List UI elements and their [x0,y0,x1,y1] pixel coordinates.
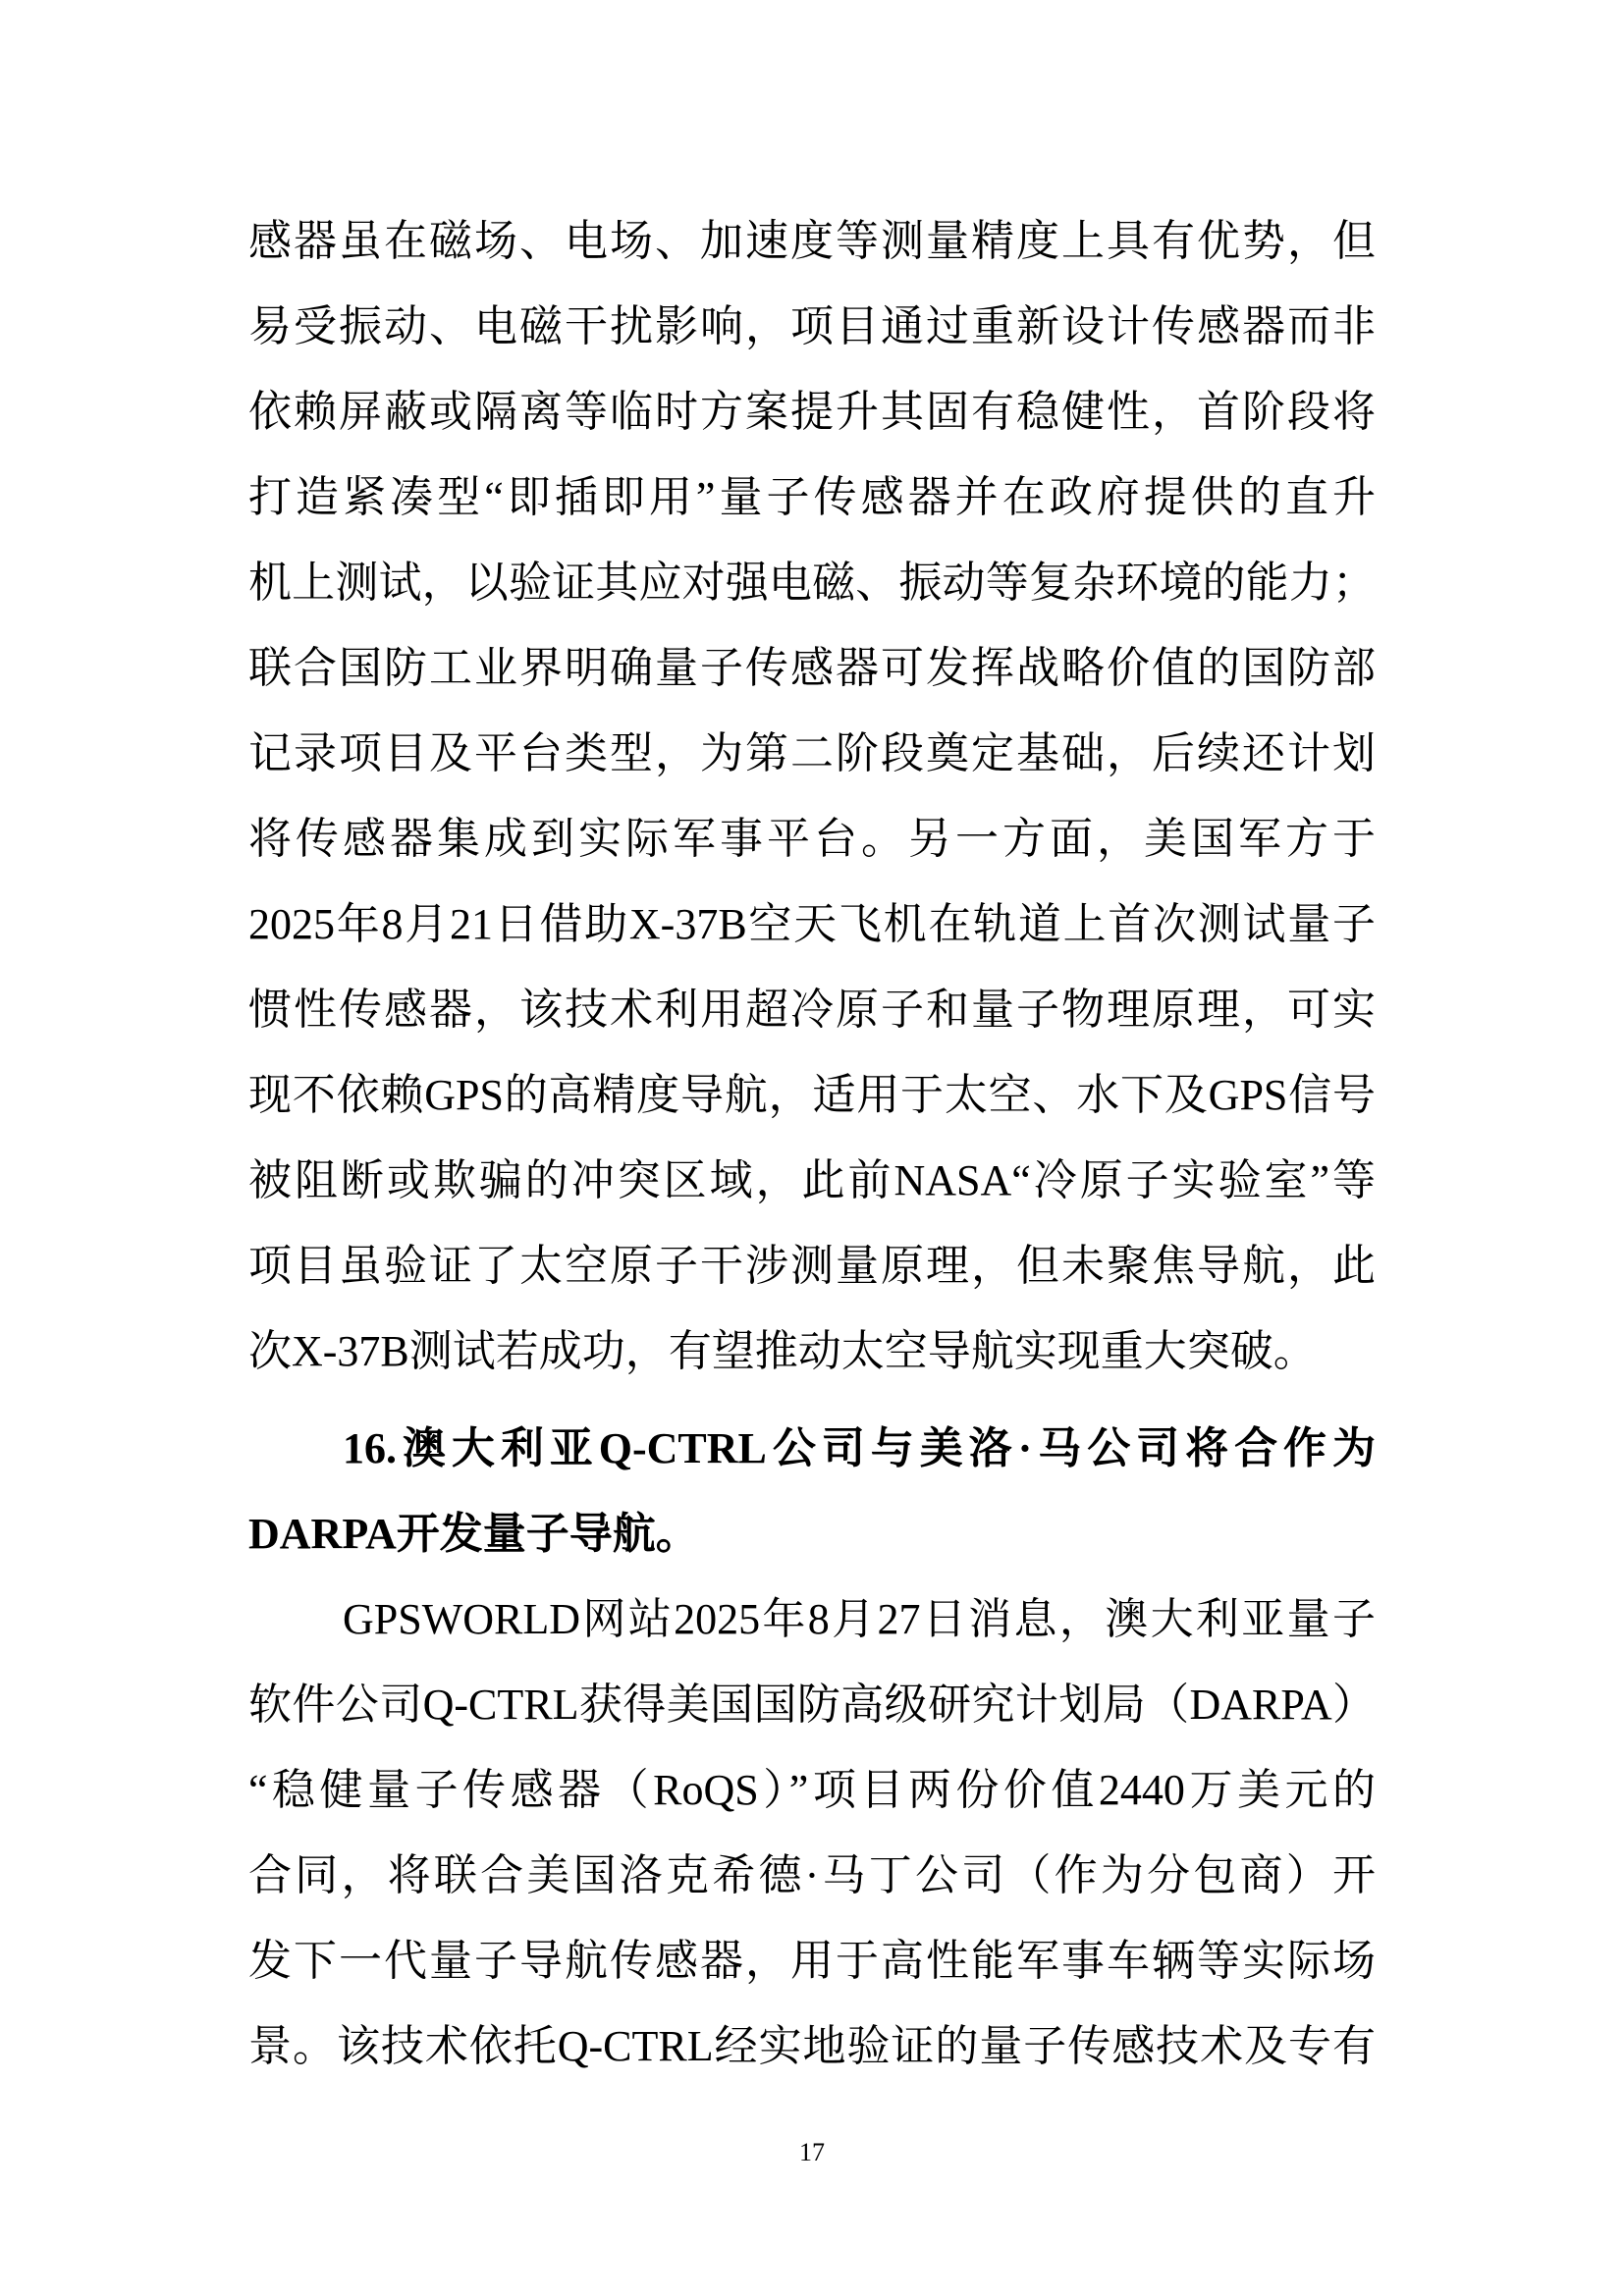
section-heading-line: 16.澳大利亚Q-CTRL公司与美洛·马公司将合作为 [343,1406,1376,1491]
paragraph-line: 依赖屏蔽或隔离等临时方案提升其固有稳健性，首阶段将 [248,369,1376,454]
paragraph-line: 将传感器集成到实际军事平台。另一方面，美国军方于 [248,796,1376,881]
paragraph-line: 联合国防工业界明确量子传感器可发挥战略价值的国防部 [248,625,1376,711]
paragraph-line: 次X-37B测试若成功，有望推动太空导航实现重大突破。 [248,1308,1376,1394]
paragraph-line: 项目虽验证了太空原子干涉测量原理，但未聚焦导航，此 [248,1223,1376,1308]
paragraph-line: 发下一代量子导航传感器，用于高性能军事车辆等实际场 [248,1918,1376,2003]
paragraph-line: 记录项目及平台类型，为第二阶段奠定基础，后续还计划 [248,711,1376,796]
paragraph-line: 现不依赖GPS的高精度导航，适用于太空、水下及GPS信号 [248,1052,1376,1138]
paragraph-line: 被阻断或欺骗的冲突区域，此前NASA“冷原子实验室”等 [248,1138,1376,1223]
paragraph-line: 2025年8月21日借助X-37B空天飞机在轨道上首次测试量子 [248,881,1376,967]
section-heading-line: DARPA开发量子导航。 [248,1491,1376,1576]
paragraph-line: 合同，将联合美国洛克希德·马丁公司（作为分包商）开 [248,1833,1376,1918]
paragraph-line: 易受振动、电磁干扰影响，项目通过重新设计传感器而非 [248,284,1376,369]
paragraph-line: 机上测试，以验证其应对强电磁、振动等复杂环境的能力； [248,540,1376,625]
paragraph-line: 打造紧凑型“即插即用”量子传感器并在政府提供的直升 [248,454,1376,540]
paragraph-line: 软件公司Q-CTRL获得美国国防高级研究计划局（DARPA） [248,1662,1376,1747]
paragraph-line: 惯性传感器，该技术利用超冷原子和量子物理原理，可实 [248,967,1376,1052]
paragraph-line: 感器虽在磁场、电场、加速度等测量精度上具有优势，但 [248,198,1376,284]
paragraph-line: “稳健量子传感器（RoQS）”项目两份价值2440万美元的 [248,1747,1376,1833]
page-number: 17 [0,2136,1624,2169]
document-page: 感器虽在磁场、电场、加速度等测量精度上具有优势，但 易受振动、电磁干扰影响，项目… [0,0,1624,2296]
paragraph-line: 景。该技术依托Q-CTRL经实地验证的量子传感技术及专有 [248,2003,1376,2089]
paragraph-line: GPSWORLD网站2025年8月27日消息，澳大利亚量子 [343,1576,1376,1662]
